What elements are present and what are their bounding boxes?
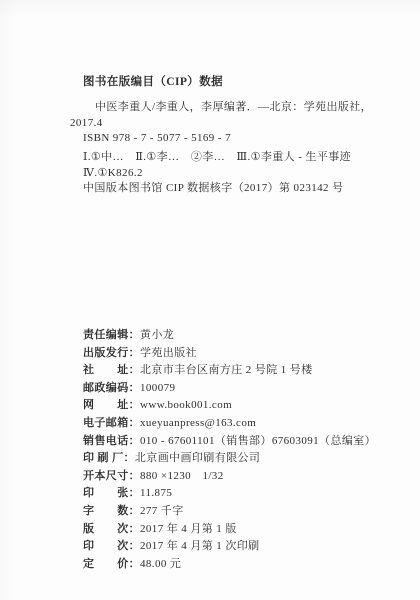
colophon-value: xueyuanpress@163.com — [140, 417, 256, 429]
colophon-label: 责任编辑： — [83, 326, 140, 342]
colophon-block: 责任编辑： 黄小龙 出版发行： 学苑出版社 社 址： 北京市丰台区南方庄 2 号… — [83, 326, 400, 572]
colophon-label: 开本尺寸： — [83, 467, 140, 483]
colophon-row-printer: 印 刷 厂： 北京画中画印刷有限公司 — [83, 449, 400, 467]
book-copyright-page: 图书在版编目（CIP）数据 中医李重人/李重人，李厚编著．—北京：学苑出版社， … — [0, 0, 420, 600]
colophon-label: 邮政编码： — [83, 379, 140, 395]
colophon-value: 010 - 67601101（销售部）67603091（总编室） — [140, 432, 376, 448]
colophon-row-format: 开本尺寸： 880 ×1230 1/32 — [83, 467, 400, 485]
cip-title-line-2: 2017.4 — [70, 116, 103, 131]
colophon-label: 销售电话： — [83, 432, 140, 448]
colophon-row-sales-phone: 销售电话： 010 - 67601101（销售部）67603091（总编室） — [83, 432, 400, 450]
colophon-value: 277 千字 — [140, 502, 184, 518]
colophon-label: 电子邮箱： — [83, 414, 140, 430]
colophon-row-edition: 版 次： 2017 年 4 月第 1 版 — [83, 520, 400, 538]
colophon-value: 2017 年 4 月第 1 次印刷 — [140, 537, 260, 553]
colophon-value: 黄小龙 — [140, 326, 174, 342]
colophon-value: 11.875 — [140, 487, 172, 499]
colophon-label: 网 址： — [83, 396, 140, 412]
cip-heading: 图书在版编目（CIP）数据 — [83, 75, 223, 90]
colophon-row-website: 网 址： www.book001.com — [83, 396, 400, 414]
colophon-row-printing: 印 次： 2017 年 4 月第 1 次印刷 — [83, 537, 400, 555]
cip-classification-line-2: Ⅳ.①K826.2 — [83, 166, 143, 181]
colophon-row-address: 社 址： 北京市丰台区南方庄 2 号院 1 号楼 — [83, 361, 400, 379]
colophon-label: 印 张： — [83, 484, 140, 500]
colophon-value: 2017 年 4 月第 1 版 — [140, 520, 237, 536]
cip-record-number-line: 中国版本图书馆 CIP 数据核字（2017）第 023142 号 — [83, 181, 344, 196]
cip-classification-line-1: Ⅰ.①中… Ⅱ.①李… ②李… Ⅲ.①李重人 - 生平事迹 — [83, 150, 351, 165]
colophon-label: 印 次： — [83, 537, 140, 553]
colophon-value: www.book001.com — [140, 399, 232, 411]
colophon-label: 字 数： — [83, 502, 140, 518]
colophon-value: 北京市丰台区南方庄 2 号院 1 号楼 — [140, 361, 313, 377]
colophon-label: 版 次： — [83, 520, 140, 536]
colophon-row-publisher: 出版发行： 学苑出版社 — [83, 344, 400, 362]
cip-isbn-line: ISBN 978 - 7 - 5077 - 5169 - 7 — [83, 131, 231, 146]
colophon-label: 定 价： — [83, 555, 140, 571]
colophon-value: 48.00 元 — [140, 555, 181, 571]
colophon-value: 学苑出版社 — [140, 344, 197, 360]
colophon-row-email: 电子邮箱： xueyuanpress@163.com — [83, 414, 400, 432]
colophon-label: 社 址： — [83, 361, 140, 377]
colophon-value: 880 ×1230 1/32 — [140, 467, 224, 483]
colophon-label: 出版发行： — [83, 344, 140, 360]
colophon-value: 北京画中画印刷有限公司 — [135, 449, 260, 465]
colophon-label: 印 刷 厂： — [83, 449, 135, 465]
colophon-row-word-count: 字 数： 277 千字 — [83, 502, 400, 520]
cip-title-line-1: 中医李重人/李重人，李厚编著．—北京：学苑出版社， — [95, 100, 372, 115]
colophon-row-price: 定 价： 48.00 元 — [83, 555, 400, 573]
colophon-row-editor: 责任编辑： 黄小龙 — [83, 326, 400, 344]
colophon-row-postcode: 邮政编码： 100079 — [83, 379, 400, 397]
colophon-row-sheets: 印 张： 11.875 — [83, 484, 400, 502]
colophon-value: 100079 — [140, 382, 175, 394]
